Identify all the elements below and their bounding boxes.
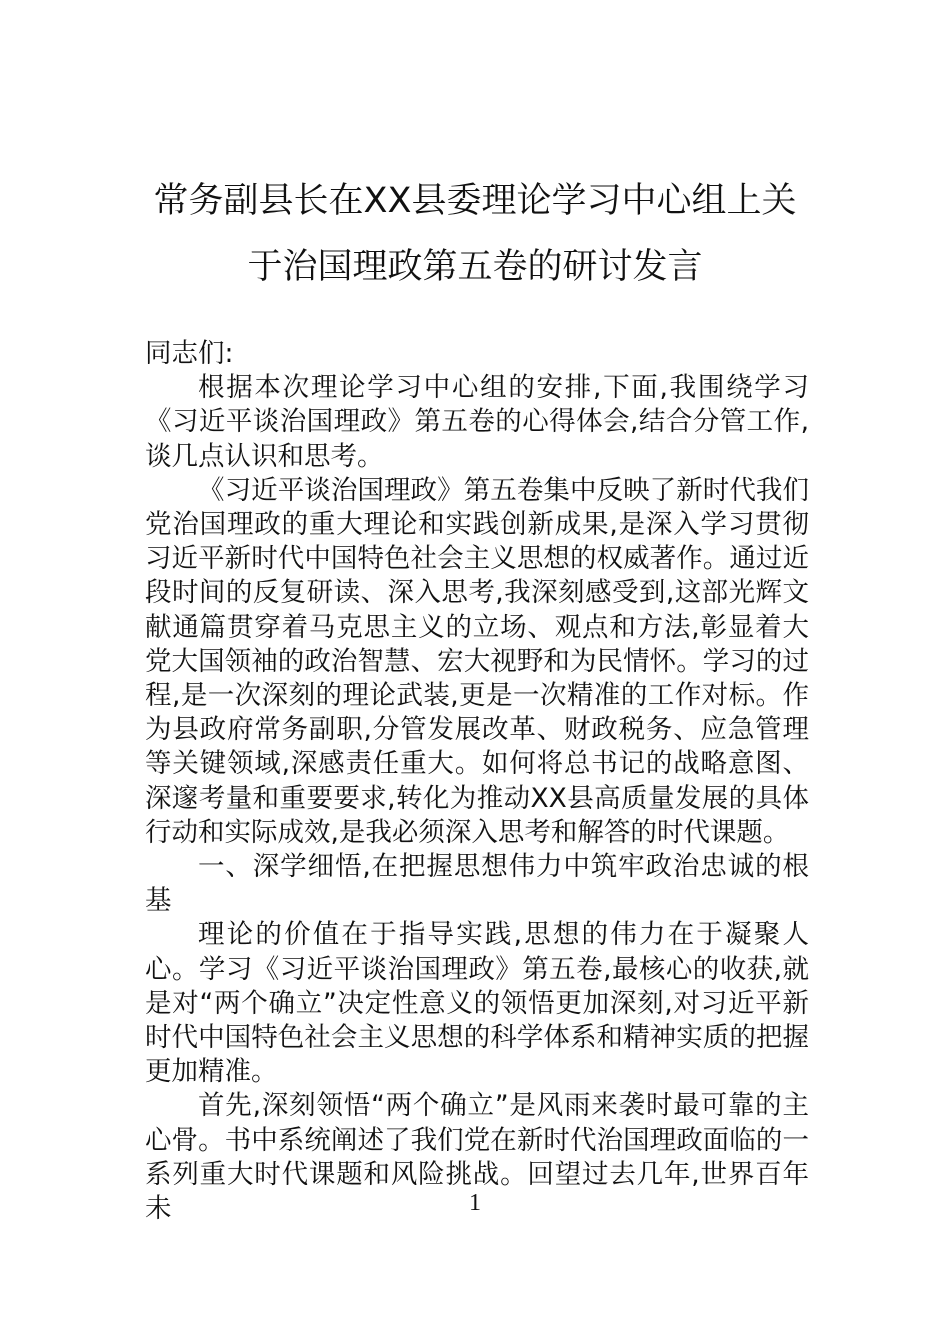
document-title: 常务副县长在XX县委理论学习中心组上关 于治国理政第五卷的研讨发言	[140, 168, 810, 300]
section-heading-1: 一、深学细悟,在把握思想伟力中筑牢政治忠诚的根基	[145, 850, 809, 918]
title-line-1: 常务副县长在XX县委理论学习中心组上关	[140, 168, 810, 234]
paragraph-overview: 《习近平谈治国理政》第五卷集中反映了新时代我们党治国理政的重大理论和实践创新成果…	[145, 474, 809, 850]
paragraph-section-1: 理论的价值在于指导实践,思想的伟力在于凝聚人心。学习《习近平谈治国理政》第五卷,…	[145, 918, 809, 1089]
document-page: 常务副县长在XX县委理论学习中心组上关 于治国理政第五卷的研讨发言 同志们: 根…	[0, 0, 950, 1344]
salutation: 同志们:	[145, 337, 809, 371]
paragraph-intro: 根据本次理论学习中心组的安排,下面,我围绕学习《习近平谈治国理政》第五卷的心得体…	[145, 371, 809, 474]
page-number: 1	[0, 1190, 950, 1217]
title-line-2: 于治国理政第五卷的研讨发言	[140, 234, 810, 300]
document-body: 同志们: 根据本次理论学习中心组的安排,下面,我围绕学习《习近平谈治国理政》第五…	[145, 337, 809, 1226]
